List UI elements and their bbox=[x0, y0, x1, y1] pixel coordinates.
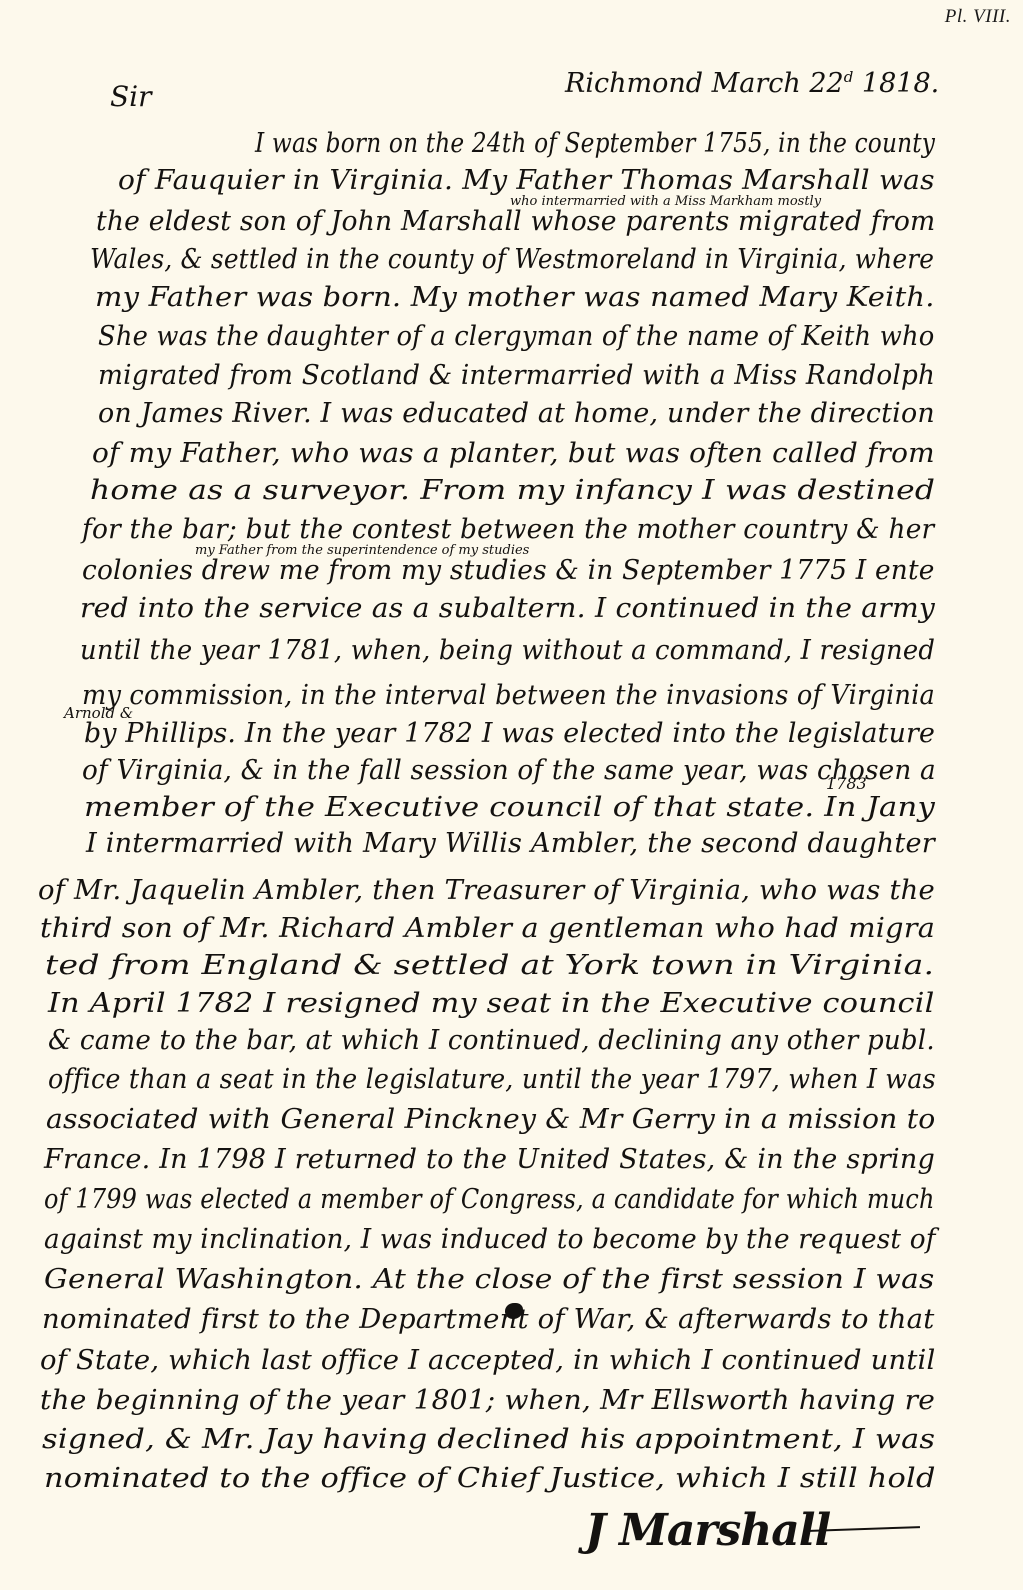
letter-line: until the year 1781, when, being without… bbox=[80, 635, 935, 666]
letter-line: of Mr. Jaquelin Ambler, then Treasurer o… bbox=[38, 875, 935, 906]
letter-line: I was born on the 24th of September 1755… bbox=[255, 128, 884, 159]
letter-line: migrated from Scotland & intermarried wi… bbox=[98, 360, 935, 391]
letter-line: France. In 1798 I returned to the United… bbox=[44, 1144, 935, 1175]
letter-line: home as a surveyor. From my infancy I wa… bbox=[90, 475, 935, 506]
letter-line: ted from England & settled at York town … bbox=[45, 950, 934, 981]
letter-line: third son of Mr. Richard Ambler a gentle… bbox=[40, 913, 935, 944]
letter-line: I intermarried with Mary Willis Ambler, … bbox=[86, 828, 935, 859]
letter-line: associated with General Pinckney & Mr Ge… bbox=[46, 1104, 935, 1135]
letter-line: colonies drew me from my studies & in Se… bbox=[82, 555, 935, 586]
salutation: Sir bbox=[110, 80, 152, 113]
letter-line: & came to the bar, at which I continued,… bbox=[48, 1025, 935, 1056]
letter-line: signed, & Mr. Jay having declined his ap… bbox=[42, 1424, 935, 1455]
dateline-date: March 22 bbox=[712, 68, 844, 99]
interlinear-year: 1783 bbox=[826, 774, 867, 793]
dateline-date-suffix: d bbox=[844, 68, 854, 86]
letter-line: General Washington. At the close of the … bbox=[44, 1264, 934, 1295]
dateline-year: 1818. bbox=[862, 68, 939, 99]
letter-line: my Father was born. My mother was named … bbox=[95, 282, 935, 313]
dateline: Richmond March 22d 1818. bbox=[565, 68, 939, 99]
letter-line: of Virginia, & in the fall session of th… bbox=[82, 755, 936, 786]
letter-line: of 1799 was elected a member of Congress… bbox=[44, 1184, 935, 1215]
letter-line: on James River. I was educated at home, … bbox=[98, 398, 935, 429]
letter-line: red into the service as a subaltern. I c… bbox=[80, 593, 935, 624]
letter-line: Wales, & settled in the county of Westmo… bbox=[90, 244, 934, 275]
plate-number: Pl. VIII. bbox=[945, 6, 1011, 28]
letter-line: In April 1782 I resigned my seat in the … bbox=[48, 988, 934, 1019]
letter-line: nominated first to the Department of War… bbox=[42, 1304, 934, 1335]
letter-line: the beginning of the year 1801; when, Mr… bbox=[40, 1385, 935, 1416]
manuscript-page: Pl. VIII. Sir Richmond March 22d 1818. I… bbox=[0, 0, 1023, 1590]
dateline-place: Richmond bbox=[565, 68, 703, 99]
letter-line: member of the Executive council of that … bbox=[84, 792, 935, 823]
letter-line: office than a seat in the legislature, u… bbox=[48, 1064, 936, 1095]
letter-line: nominated to the office of Chief Justice… bbox=[44, 1463, 936, 1494]
letter-line: my commission, in the interval between t… bbox=[82, 680, 935, 711]
signature: J Marshall bbox=[585, 1505, 830, 1556]
letter-line: the eldest son of John Marshall whose pa… bbox=[96, 206, 935, 237]
letter-line: of State, which last office I accepted, … bbox=[40, 1345, 935, 1376]
letter-line: against my inclination, I was induced to… bbox=[44, 1224, 936, 1255]
letter-line: for the bar; but the contest between the… bbox=[82, 514, 934, 545]
letter-line: of Fauquier in Virginia. My Father Thoma… bbox=[118, 165, 935, 196]
letter-line: by Phillips. In the year 1782 I was elec… bbox=[84, 718, 935, 749]
letter-line: She was the daughter of a clergyman of t… bbox=[98, 321, 934, 352]
letter-line: of my Father, who was a planter, but was… bbox=[92, 438, 935, 469]
